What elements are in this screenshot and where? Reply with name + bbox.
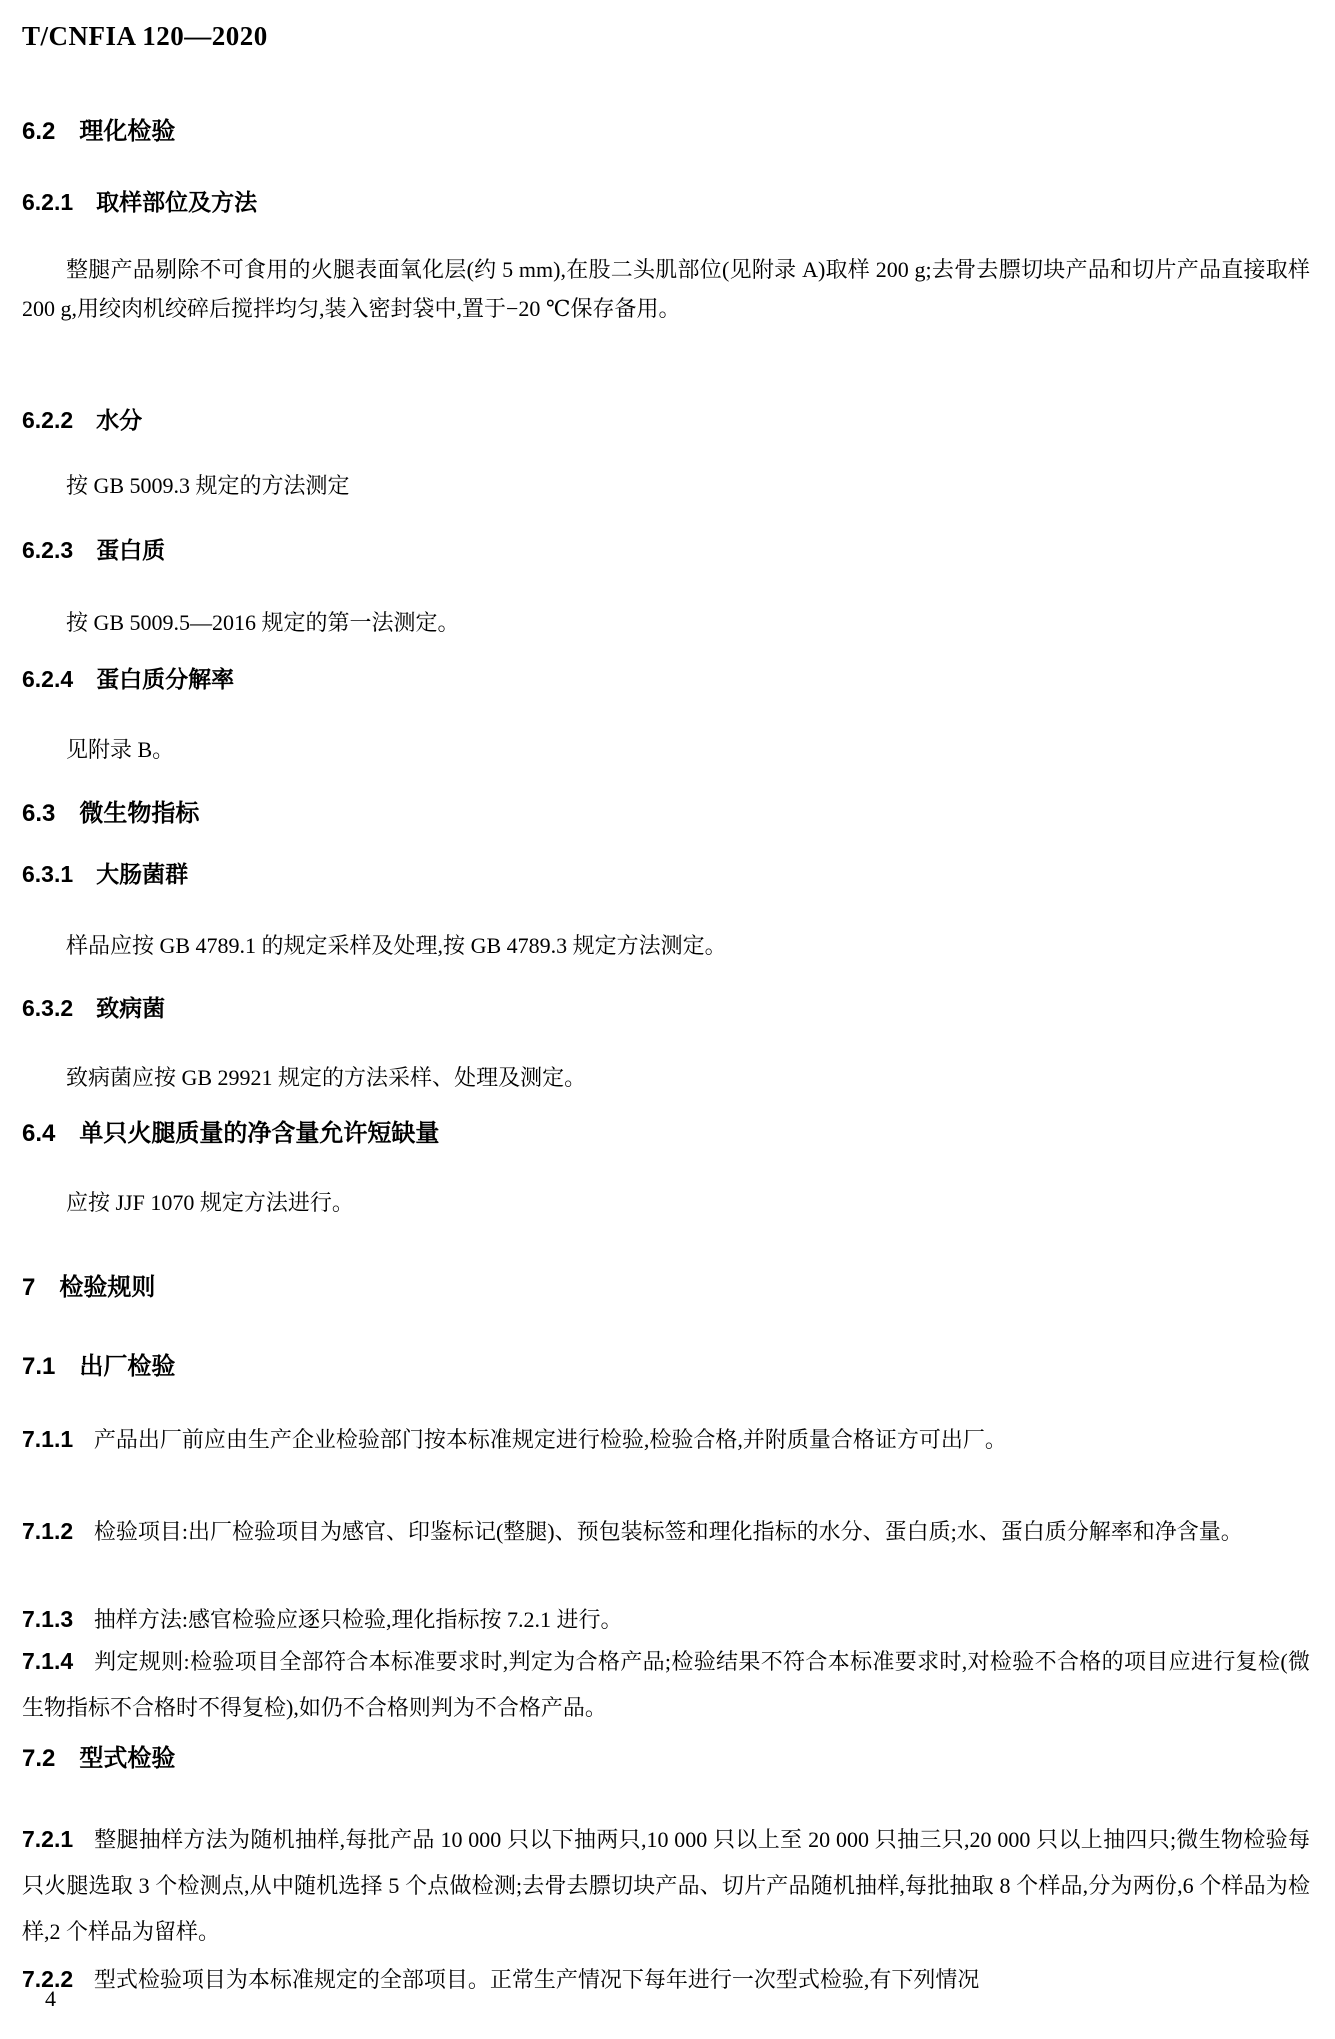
page-number: 4 [45, 1985, 105, 2013]
section-number: 6.4 [22, 1120, 55, 1147]
clause-number: 7.2.1 [22, 1826, 73, 1852]
section-title: 大肠菌群 [96, 861, 188, 887]
section-number: 6.2.1 [22, 189, 73, 215]
section-number: 6.3 [22, 800, 55, 827]
clause-number: 7.1.1 [22, 1426, 73, 1452]
section-title: 蛋白质 [96, 537, 165, 563]
paragraph-moisture: 按 GB 5009.3 规定的方法测定 [22, 466, 1310, 505]
clause-text: 检验项目:出厂检验项目为感官、印鉴标记(整腿)、预包装标签和理化指标的水分、蛋白… [94, 1519, 1243, 1544]
section-title: 致病菌 [96, 995, 165, 1021]
document-page: T/CNFIA 120—2020 6.2理化检验 6.2.1取样部位及方法 整腿… [0, 0, 1335, 2039]
section-title: 单只火腿质量的净含量允许短缺量 [79, 1120, 439, 1147]
clause-text: 判定规则:检验项目全部符合本标准要求时,判定为合格产品;检验结果不符合本标准要求… [22, 1649, 1310, 1720]
section-number: 6.2 [22, 118, 55, 145]
clause-number: 7.1.3 [22, 1606, 73, 1632]
paragraph-coliform: 样品应按 GB 4789.1 的规定采样及处理,按 GB 4789.3 规定方法… [22, 926, 1310, 965]
section-title: 检验规则 [59, 1274, 155, 1301]
paragraph-sampling-method: 整腿产品剔除不可食用的火腿表面氧化层(约 5 mm),在股二头肌部位(见附录 A… [22, 250, 1310, 328]
clause-text: 抽样方法:感官检验应逐只检验,理化指标按 7.2.1 进行。 [94, 1607, 623, 1632]
section-title: 取样部位及方法 [96, 189, 257, 215]
section-heading-6-2-3: 6.2.3蛋白质 [22, 534, 1310, 566]
clause-7-1-1: 7.1.1产品出厂前应由生产企业检验部门按本标准规定进行检验,检验合格,并附质量… [22, 1416, 1310, 1463]
section-heading-7-2: 7.2型式检验 [22, 1743, 1310, 1775]
running-header: T/CNFIA 120—2020 [22, 20, 1310, 52]
section-heading-6-3-2: 6.3.2致病菌 [22, 992, 1310, 1024]
clause-7-1-2: 7.1.2检验项目:出厂检验项目为感官、印鉴标记(整腿)、预包装标签和理化指标的… [22, 1508, 1310, 1555]
section-number: 6.3.2 [22, 995, 73, 1021]
clause-text: 整腿抽样方法为随机抽样,每批产品 10 000 只以下抽两只,10 000 只以… [22, 1827, 1310, 1944]
section-title: 出厂检验 [79, 1353, 175, 1380]
clause-7-2-2: 7.2.2型式检验项目为本标准规定的全部项目。正常生产情况下每年进行一次型式检验… [22, 1956, 1310, 2003]
section-number: 7.1 [22, 1353, 55, 1380]
section-title: 蛋白质分解率 [96, 666, 234, 692]
clause-text: 型式检验项目为本标准规定的全部项目。正常生产情况下每年进行一次型式检验,有下列情… [94, 1967, 980, 1992]
clause-text: 产品出厂前应由生产企业检验部门按本标准规定进行检验,检验合格,并附质量合格证方可… [94, 1427, 1007, 1452]
section-number: 7.2 [22, 1745, 55, 1772]
section-heading-6-3-1: 6.3.1大肠菌群 [22, 858, 1310, 890]
section-title: 微生物指标 [79, 800, 199, 827]
section-heading-6-2-1: 6.2.1取样部位及方法 [22, 186, 1310, 218]
section-number: 6.3.1 [22, 861, 73, 887]
section-heading-7-1: 7.1出厂检验 [22, 1351, 1310, 1383]
section-number: 7 [22, 1274, 35, 1301]
paragraph-net-content: 应按 JJF 1070 规定方法进行。 [22, 1183, 1310, 1222]
paragraph-protein-hydrolysis: 见附录 B。 [22, 730, 1310, 769]
clause-7-1-4: 7.1.4判定规则:检验项目全部符合本标准要求时,判定为合格产品;检验结果不符合… [22, 1638, 1310, 1731]
section-title: 型式检验 [79, 1745, 175, 1772]
section-title: 水分 [96, 407, 142, 433]
section-number: 6.2.3 [22, 537, 73, 563]
paragraph-pathogen: 致病菌应按 GB 29921 规定的方法采样、处理及测定。 [22, 1058, 1310, 1097]
clause-7-2-1: 7.2.1整腿抽样方法为随机抽样,每批产品 10 000 只以下抽两只,10 0… [22, 1816, 1310, 1955]
paragraph-protein: 按 GB 5009.5—2016 规定的第一法测定。 [22, 603, 1310, 642]
section-heading-6-3: 6.3微生物指标 [22, 798, 1310, 830]
section-heading-6-2-2: 6.2.2水分 [22, 404, 1310, 436]
section-heading-6-2: 6.2理化检验 [22, 116, 1310, 148]
section-number: 6.2.4 [22, 666, 73, 692]
chapter-heading-7: 7检验规则 [22, 1272, 1310, 1304]
clause-number: 7.1.2 [22, 1518, 73, 1544]
section-heading-6-2-4: 6.2.4蛋白质分解率 [22, 663, 1310, 695]
section-title: 理化检验 [79, 118, 175, 145]
section-number: 6.2.2 [22, 407, 73, 433]
section-heading-6-4: 6.4单只火腿质量的净含量允许短缺量 [22, 1118, 1310, 1150]
clause-number: 7.1.4 [22, 1648, 73, 1674]
clause-7-1-3: 7.1.3抽样方法:感官检验应逐只检验,理化指标按 7.2.1 进行。 [22, 1596, 1310, 1643]
